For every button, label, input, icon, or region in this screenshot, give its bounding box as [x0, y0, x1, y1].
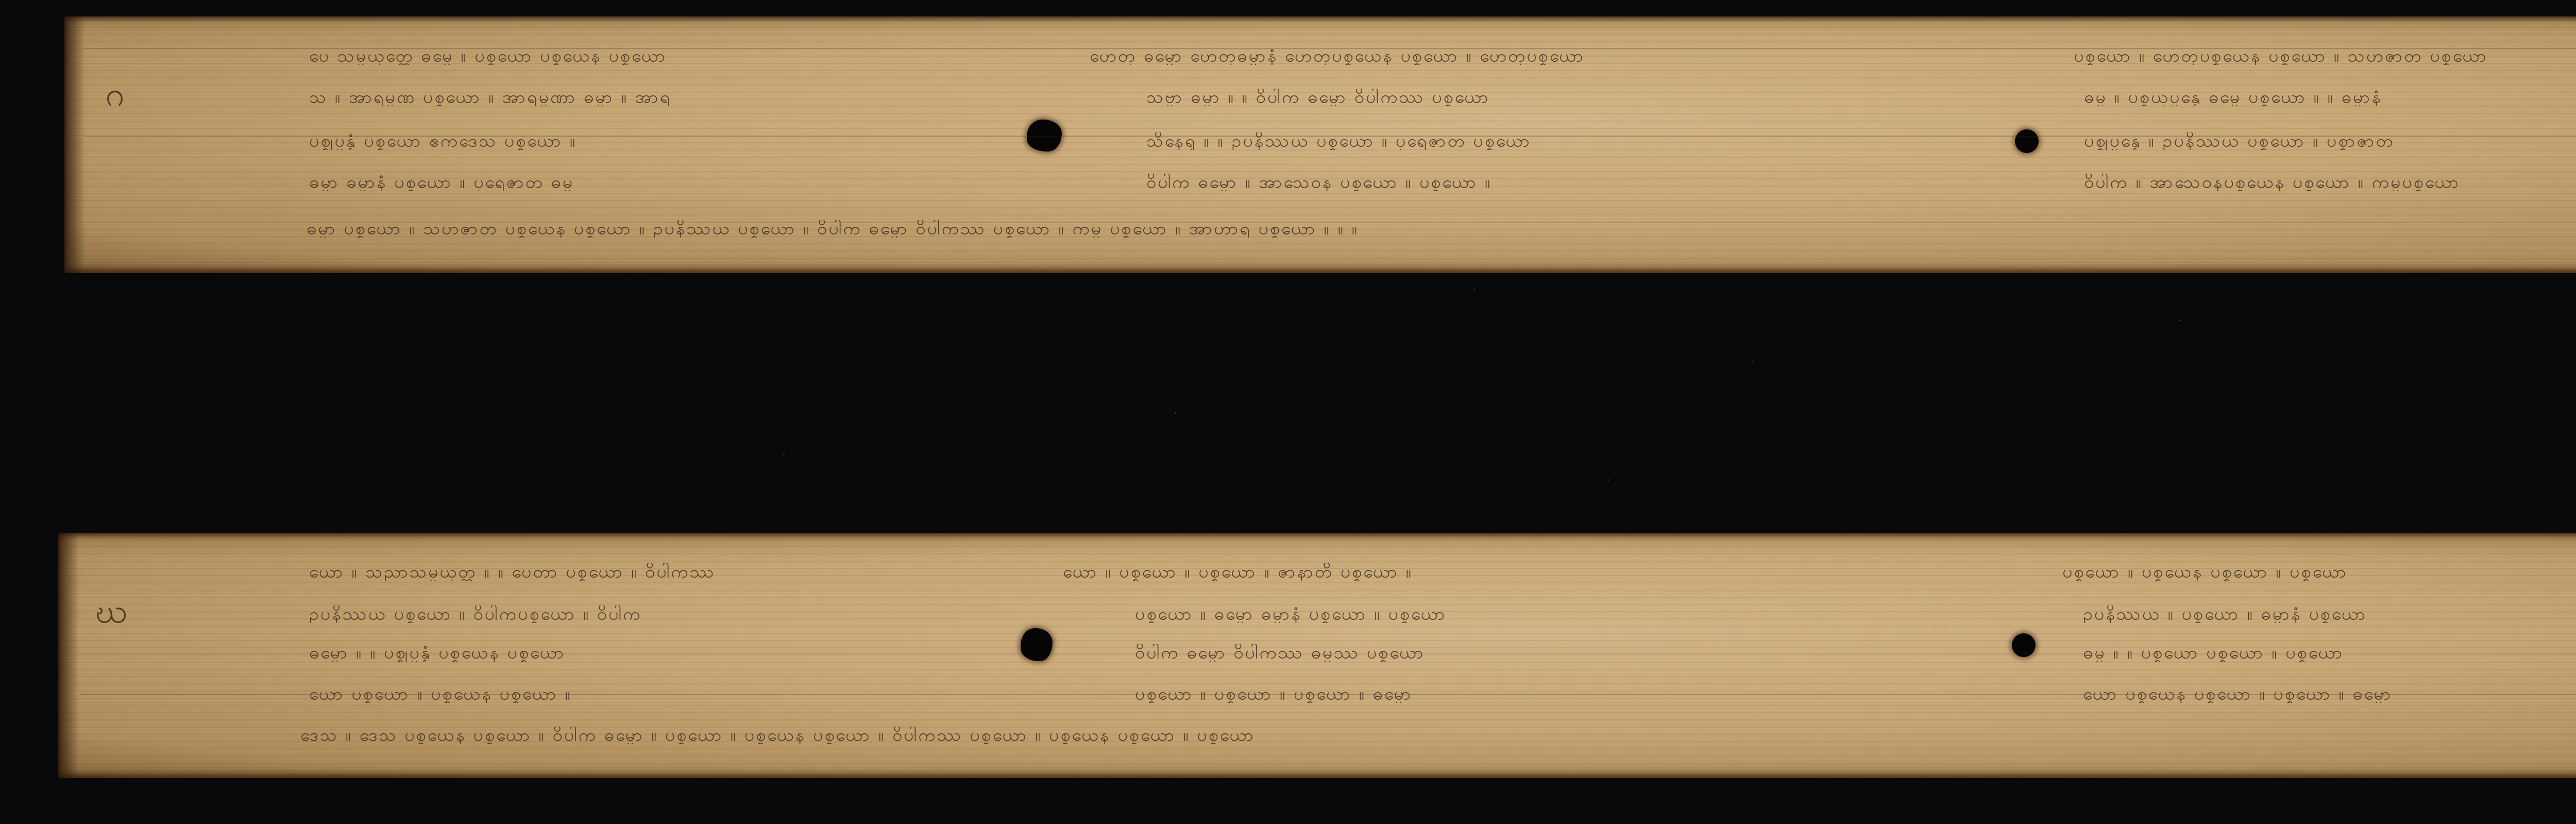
background-speck: [1607, 479, 1609, 481]
text-line-4-middle: ဝိပါက ဓမ္မော ။ အာသေဝန ပစ္စယော ။ ပစ္စယော …: [1146, 174, 1971, 191]
background-speck: [1175, 412, 1176, 414]
text-line-4-left: ဓမ္မာ ဓမ္မာနံ ပစ္စယော ။ ပုရေဇာတ ဓမ္မ: [309, 174, 958, 191]
text-line-1-left: ယော ။ သညာသမ္ပယုတ္တ ။ ။ ပေတာ ပစ္စယော ။ ဝိ…: [309, 563, 1046, 581]
binding-hole: [2015, 129, 2039, 153]
text-line-4-left: ယော ပစ္စယော ။ ပစ္စယေန ပစ္စယော ။: [309, 685, 994, 703]
text-line-3-middle: ဝိပါက ဓမ္မော ဝိပါကဿ ဓမ္မဿ ပစ္စယော: [1135, 644, 1959, 662]
text-line-5: ဓမ္မာ ပစ္စယော ။ သဟဇာတ ပစ္စယေန ပစ္စယော ။ …: [307, 220, 2576, 238]
palm-leaf-folio-2: ဃ ယော ။ သညာသမ္ပယုတ္တ ။ ။ ပေတာ ပစ္စယော ။ …: [58, 533, 2576, 778]
text-line-1-right: ပစ္စယော ။ ဟေတုပစ္စယေန ပစ္စယော ။ သဟဇာတ ပစ…: [2074, 47, 2576, 65]
background-speck: [1752, 361, 1753, 362]
text-line-3-left: ဓမ္မော ။ ။ ပစ္စုပ္ပန္နံ ပစ္စယေန ပစ္စယော: [309, 644, 1010, 662]
text-line-3-left: ပစ္စုပ္ပန္နံ ပစ္စယော ဧကဒေသ ပစ္စယော ။: [309, 132, 984, 150]
text-line-4-right: ဝိပါက ။ အာသေဝနပစ္စယေန ပစ္စယော ။ ကမ္မပစ္စ…: [2084, 174, 2576, 191]
folio-number-mark: ဂ: [106, 78, 125, 111]
background-speck: [783, 453, 785, 455]
text-line-3-middle: သိနေရု ။ ။ ဥပနိဿယ ပစ္စယော ။ ပုရေဇာတ ပစ္စ…: [1146, 132, 1971, 150]
binding-hole: [1021, 628, 1053, 661]
background-speck: [2179, 319, 2181, 321]
text-line-4-middle: ပစ္စယော ။ ပစ္စယော ။ ပစ္စယော ။ ဓမ္မော: [1135, 685, 1980, 703]
text-line-2-left: ဥပနိဿယ ပစ္စယော ။ ဝိပါကပစ္စယော ။ ဝိပါက: [309, 606, 1020, 623]
text-line-4-right: ယော ပစ္စယေန ပစ္စယော ။ ပစ္စယော ။ ဓမ္မော: [2083, 685, 2576, 703]
text-line-1-left: ပေ သမ္ပယုတ္တေ ဓမ္မေ ။ ပစ္စယော ပစ္စယေန ပစ…: [309, 47, 1010, 65]
text-line-2-middle: သဗ္ဗာ ဓမ္မာ ။ ။ ဝိပါက ဓမ္မော ဝိပါကဿ ပစ္စ…: [1146, 89, 1971, 106]
palm-leaf-folio-1: ဂ ပေ သမ္ပယုတ္တေ ဓမ္မေ ။ ပစ္စယော ပစ္စယေန …: [64, 16, 2576, 273]
text-line-3-right: ဓမ္မ ။ ။ ပစ္စယော ပစ္စယော ။ ပစ္စယော: [2083, 644, 2576, 662]
binding-hole: [2012, 633, 2036, 657]
text-line-2-right: ဥပနိဿယ ။ ပစ္စယော ။ ဓမ္မာနံ ပစ္စယော: [2083, 606, 2576, 623]
text-line-2-left: သ ။ အာရမ္မဏ ပစ္စယော ။ အာရမ္မဏာ ဓမ္မာ ။ အ…: [309, 89, 963, 106]
text-line-2-right: ဓမ္မ ။ ပစ္စယုပ္ပန္နေ ဓမ္မေ ပစ္စယော ။ ။ ဓ…: [2084, 89, 2576, 106]
text-line-2-middle: ပစ္စယော ။ ဓမ္မော ဓမ္မာနံ ပစ္စယော ။ ပစ္စယ…: [1135, 606, 1980, 623]
text-line-3-right: ပစ္စုပ္ပန္နေ ။ ဥပနိဿယ ပစ္စယော ။ ပစ္စာဇာတ: [2084, 132, 2576, 150]
background-speck: [1473, 289, 1475, 290]
text-line-5: ဒေသ ။ ဒေသ ပစ္စယေန ပစ္စယော ။ ဝိပါက ဓမ္မော…: [300, 727, 2576, 744]
text-line-1-middle: ယော ။ ပစ္စယော ။ ပစ္စယော ။ ဇာနာတိ ပစ္စယော…: [1063, 563, 1975, 581]
binding-hole: [1027, 120, 1062, 152]
text-line-1-right: ပစ္စယော ။ ပစ္စယေန ပစ္စယော ။ ပစ္စယော: [2062, 563, 2576, 581]
folio-number-mark: ဃ: [95, 595, 127, 628]
text-line-1-middle: ဟေတု ဓမ္မော ဟေတုဓမ္မာနံ ဟေတုပစ္စယေန ပစ္စ…: [1090, 47, 1976, 65]
